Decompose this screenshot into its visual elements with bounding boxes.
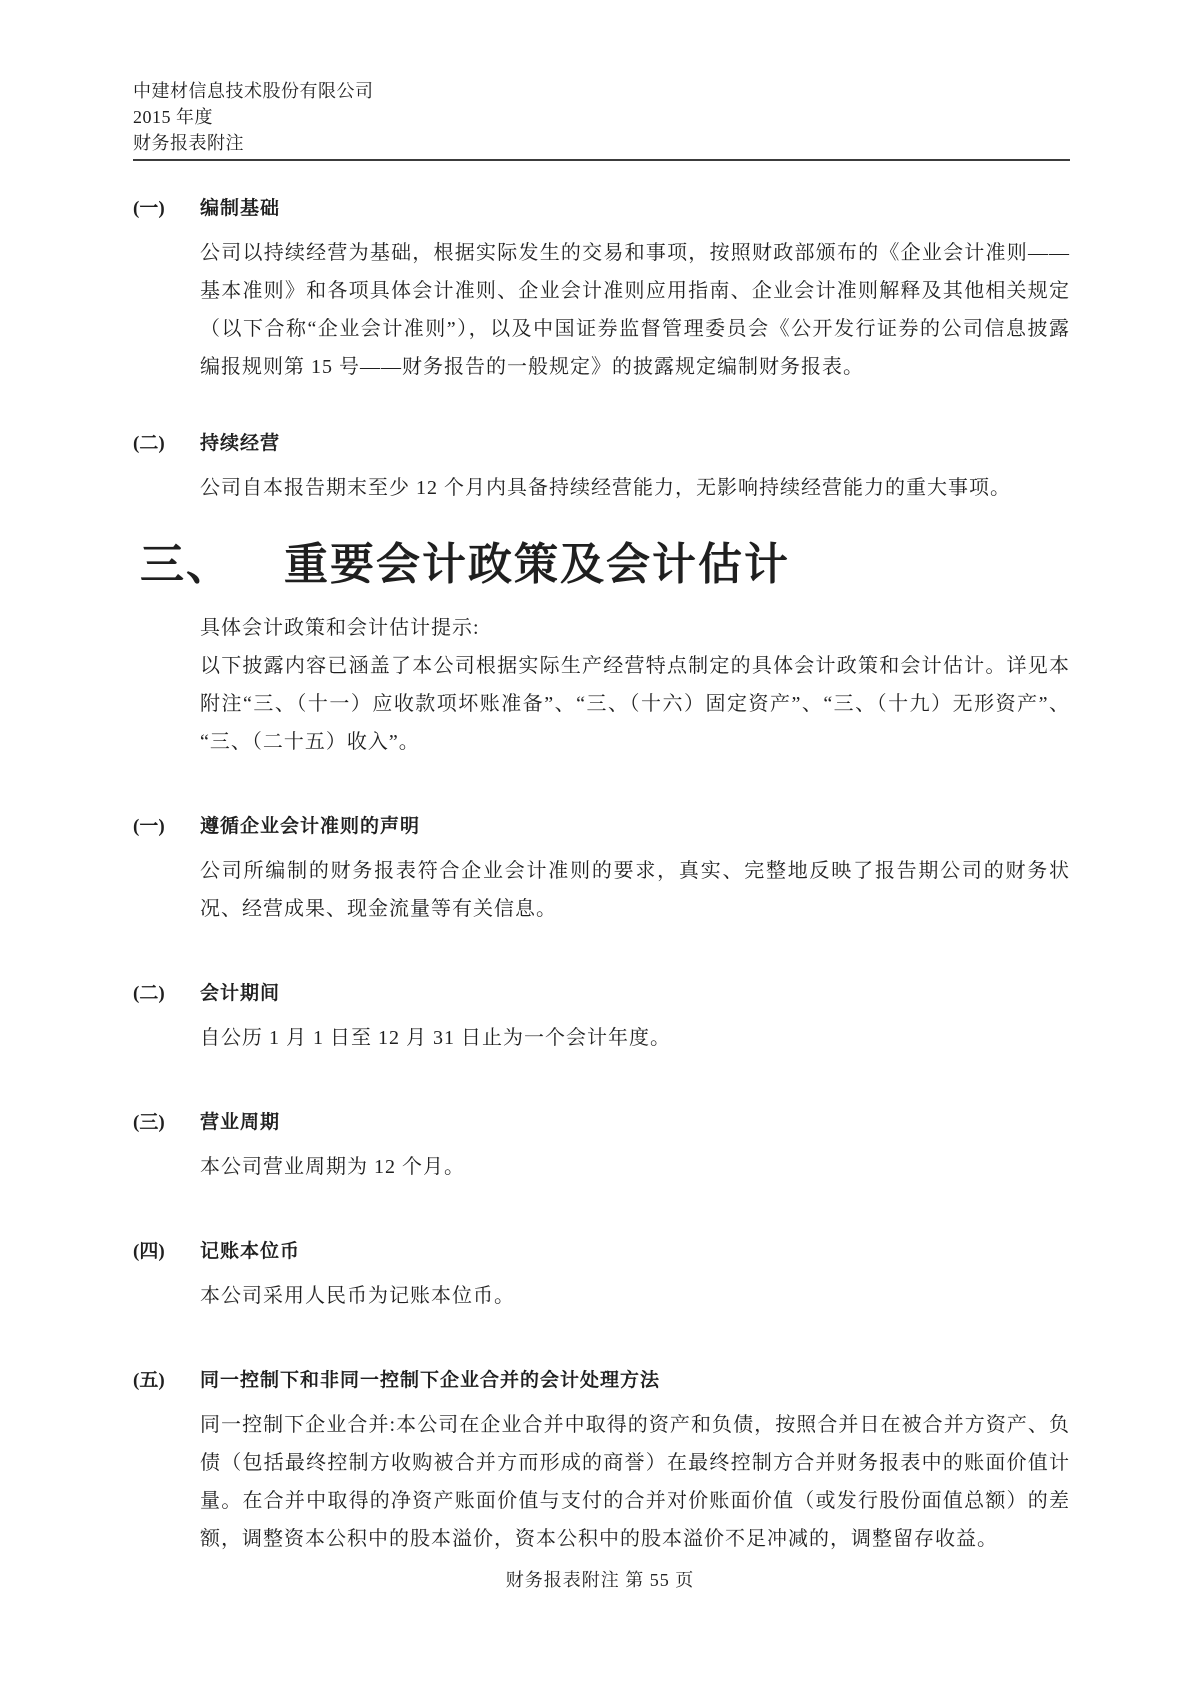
page-footer: 财务报表附注 第 55 页 — [0, 1566, 1200, 1592]
page-header: 中建材信息技术股份有限公司 2015 年度 财务报表附注 — [133, 78, 1070, 161]
section-body: 自公历 1 月 1 日至 12 月 31 日止为一个会计年度。 — [200, 1019, 1070, 1057]
section-label: (五) — [133, 1367, 165, 1394]
chapter-heading: 三、重要会计政策及会计估计 — [140, 537, 1070, 593]
chapter-number: 三、 — [140, 537, 232, 593]
section-label: (一) — [133, 195, 165, 222]
section-title: 遵循企业会计准则的声明 — [200, 813, 420, 840]
report-year: 2015 年度 — [133, 104, 1070, 130]
section-heading: (三) 营业周期 — [133, 1109, 1070, 1136]
section-heading: (二) 会计期间 — [133, 980, 1070, 1007]
intro-body: 以下披露内容已涵盖了本公司根据实际生产经营特点制定的具体会计政策和会计估计。详见… — [200, 647, 1070, 761]
chapter-title: 重要会计政策及会计估计 — [284, 540, 790, 589]
section-body: 公司自本报告期末至少 12 个月内具备持续经营能力，无影响持续经营能力的重大事项… — [200, 469, 1070, 507]
section-heading: (一) 编制基础 — [133, 195, 1070, 222]
section-title: 记账本位币 — [200, 1238, 300, 1265]
section-title: 编制基础 — [200, 195, 280, 222]
section-title: 同一控制下和非同一控制下企业合并的会计处理方法 — [200, 1367, 660, 1394]
section-functional-currency: (四) 记账本位币 本公司采用人民币为记账本位币。 — [133, 1238, 1070, 1315]
company-name: 中建材信息技术股份有限公司 — [133, 78, 1070, 104]
section-label: (四) — [133, 1238, 165, 1265]
section-title: 营业周期 — [200, 1109, 280, 1136]
section-label: (二) — [133, 980, 165, 1007]
document-page: 中建材信息技术股份有限公司 2015 年度 财务报表附注 (一) 编制基础 公司… — [0, 0, 1200, 1696]
section-compliance-statement: (一) 遵循企业会计准则的声明 公司所编制的财务报表符合企业会计准则的要求，真实… — [133, 813, 1070, 928]
section-accounting-period: (二) 会计期间 自公历 1 月 1 日至 12 月 31 日止为一个会计年度。 — [133, 980, 1070, 1057]
section-heading: (五) 同一控制下和非同一控制下企业合并的会计处理方法 — [133, 1367, 1070, 1394]
section-label: (三) — [133, 1109, 165, 1136]
section-title: 持续经营 — [200, 430, 280, 457]
section-label: (二) — [133, 430, 165, 457]
section-body: 同一控制下企业合并:本公司在企业合并中取得的资产和负债，按照合并日在被合并方资产… — [200, 1406, 1070, 1558]
section-operating-cycle: (三) 营业周期 本公司营业周期为 12 个月。 — [133, 1109, 1070, 1186]
section-heading: (四) 记账本位币 — [133, 1238, 1070, 1265]
intro-lead: 具体会计政策和会计估计提示: — [200, 609, 1070, 647]
report-title: 财务报表附注 — [133, 130, 1070, 156]
section-basis-of-preparation: (一) 编制基础 公司以持续经营为基础，根据实际发生的交易和事项，按照财政部颁布… — [133, 195, 1070, 386]
section-going-concern: (二) 持续经营 公司自本报告期末至少 12 个月内具备持续经营能力，无影响持续… — [133, 430, 1070, 507]
section-label: (一) — [133, 813, 165, 840]
chapter-intro: 具体会计政策和会计估计提示: 以下披露内容已涵盖了本公司根据实际生产经营特点制定… — [133, 609, 1070, 761]
section-heading: (二) 持续经营 — [133, 430, 1070, 457]
section-body: 公司所编制的财务报表符合企业会计准则的要求，真实、完整地反映了报告期公司的财务状… — [200, 852, 1070, 928]
section-heading: (一) 遵循企业会计准则的声明 — [133, 813, 1070, 840]
section-body: 本公司营业周期为 12 个月。 — [200, 1148, 1070, 1186]
section-business-combinations: (五) 同一控制下和非同一控制下企业合并的会计处理方法 同一控制下企业合并:本公… — [133, 1367, 1070, 1558]
section-body: 本公司采用人民币为记账本位币。 — [200, 1277, 1070, 1315]
section-title: 会计期间 — [200, 980, 280, 1007]
section-body: 公司以持续经营为基础，根据实际发生的交易和事项，按照财政部颁布的《企业会计准则—… — [200, 234, 1070, 386]
